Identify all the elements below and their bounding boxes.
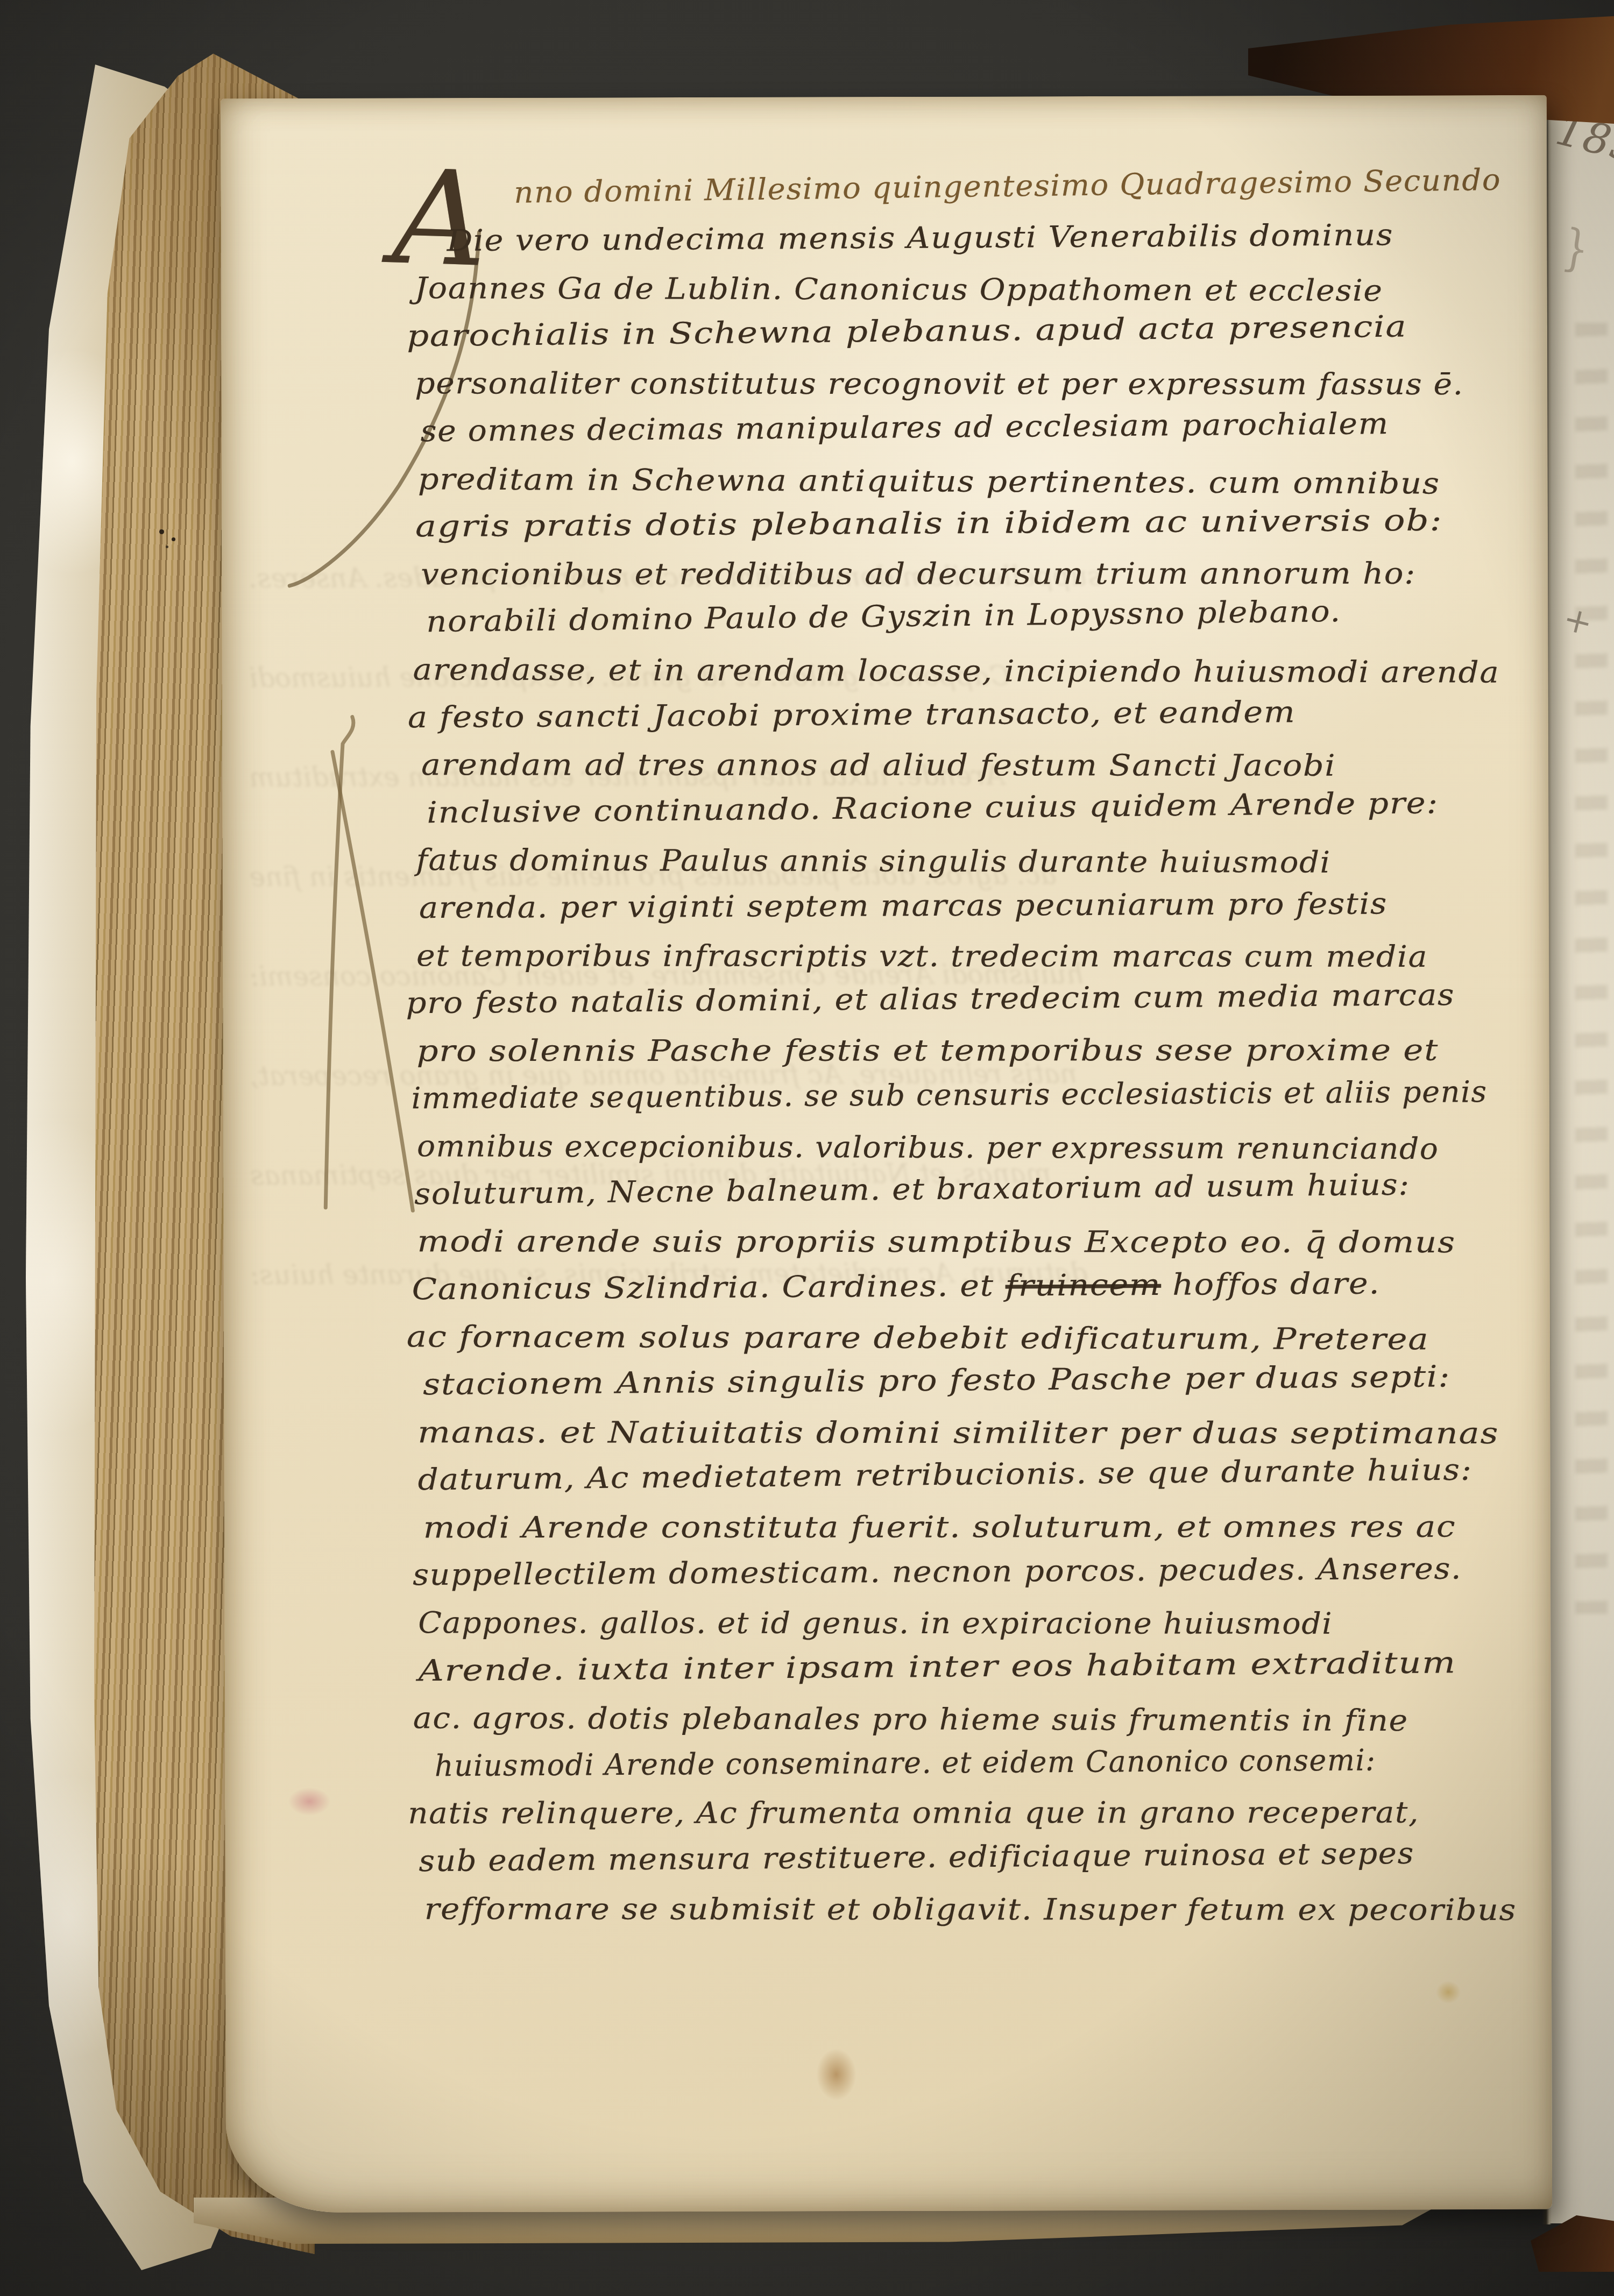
manuscript-line: arenda. per viginti septem marcas pecuni… bbox=[419, 884, 1388, 927]
manuscript-line: Joannes Ga de Lublin. Canonicus Oppathom… bbox=[415, 268, 1383, 310]
manuscript-line: immediate sequentibus. se sub censuris e… bbox=[412, 1072, 1488, 1117]
manuscript-line: manas. et Natiuitatis domini similiter p… bbox=[417, 1413, 1499, 1452]
manuscript-line: huiusmodi Arende conseminare. et eidem C… bbox=[435, 1740, 1376, 1785]
manuscript-line: et temporibus infrascriptis vzt. tredeci… bbox=[416, 936, 1428, 976]
next-page-bleedthrough bbox=[1575, 323, 1608, 1614]
manuscript-line: soluturum, Necne balneum. et braxatorium… bbox=[414, 1165, 1410, 1213]
manuscript-line: personaliter constitutus recognovit et p… bbox=[415, 364, 1464, 404]
yellow-stain bbox=[1436, 1981, 1461, 2003]
brown-stain bbox=[816, 2049, 856, 2100]
manuscript-line: natis relinquere, Ac frumenta omnia que … bbox=[408, 1793, 1419, 1833]
manuscript-line: omnibus excepcionibus. valoribus. per ex… bbox=[417, 1126, 1439, 1168]
manuscript-line: parochialis in Schewna plebanus. apud ac… bbox=[407, 307, 1407, 355]
manuscript-text: nno domini Millesimo quingentesimo Quadr… bbox=[221, 95, 1552, 2213]
struck-word: fruincem bbox=[1005, 1267, 1161, 1303]
ink-specks bbox=[159, 529, 164, 534]
manuscript-line: arendasse, et in arendam locasse, incipi… bbox=[413, 650, 1500, 691]
manuscript-line: modi arende suis propriis sumptibus Exce… bbox=[417, 1222, 1455, 1262]
manuscript-line: Die vero undecima mensis Augusti Venerab… bbox=[447, 215, 1393, 260]
manuscript-line: modi Arende constituta fuerit. soluturum… bbox=[423, 1507, 1456, 1547]
manuscript-line: Cappones. gallos. et id genus. in expira… bbox=[418, 1603, 1333, 1642]
pink-stain bbox=[288, 1788, 330, 1816]
manuscript-line: daturum, Ac medietatem retribucionis. se… bbox=[417, 1450, 1473, 1499]
manuscript-line: inclusive continuando. Racione cuius qui… bbox=[427, 783, 1439, 832]
manuscript-line: refformare se submisit et obligavit. Ins… bbox=[424, 1889, 1517, 1929]
manuscript-line: sub eadem mensura restituere. edificiaqu… bbox=[419, 1834, 1414, 1881]
manuscript-line: ac. agros. dotis plebanales pro hieme su… bbox=[413, 1698, 1408, 1740]
manuscript-line: nno domini Millesimo quingentesimo Quadr… bbox=[514, 160, 1502, 212]
manuscript-line: agris pratis dotis plebanalis in ibidem … bbox=[415, 501, 1443, 546]
manuscript-line: norabili domino Paulo de Gyszin in Lopys… bbox=[426, 592, 1341, 641]
manuscript-line: a festo sancti Jacobi proxime transacto,… bbox=[408, 692, 1296, 736]
manuscript-line: ac fornacem solus parare debebit edifica… bbox=[407, 1317, 1429, 1359]
manuscript-page: suppellectilem domesticam. necnon porcos… bbox=[221, 95, 1552, 2213]
manuscript-line: vencionibus et redditibus ad decursum tr… bbox=[421, 554, 1416, 593]
manuscript-line: arendam ad tres annos ad aliud festum Sa… bbox=[421, 745, 1336, 784]
manuscript-scan: 185 } + suppellectilem domesticam. necno… bbox=[0, 0, 1614, 2296]
manuscript-line: suppellectilem domesticam. necnon porcos… bbox=[413, 1549, 1462, 1595]
manuscript-line: fatus dominus Paulus annis singulis dura… bbox=[416, 841, 1330, 882]
manuscript-line: preditam in Schewna antiquitus pertinent… bbox=[418, 459, 1440, 502]
manuscript-line: se omnes decimas manipulares ad ecclesia… bbox=[420, 404, 1389, 450]
manuscript-line: Canonicus Szlindria. Cardines. et fruinc… bbox=[412, 1264, 1380, 1308]
manuscript-line: pro festo natalis domini, et alias trede… bbox=[406, 975, 1455, 1022]
manuscript-line: pro solennis Pasche festis et temporibus… bbox=[416, 1030, 1439, 1070]
manuscript-line: Arende. iuxta inter ipsam inter eos habi… bbox=[418, 1643, 1456, 1690]
manuscript-line: stacionem Annis singulis pro festo Pasch… bbox=[423, 1357, 1450, 1404]
